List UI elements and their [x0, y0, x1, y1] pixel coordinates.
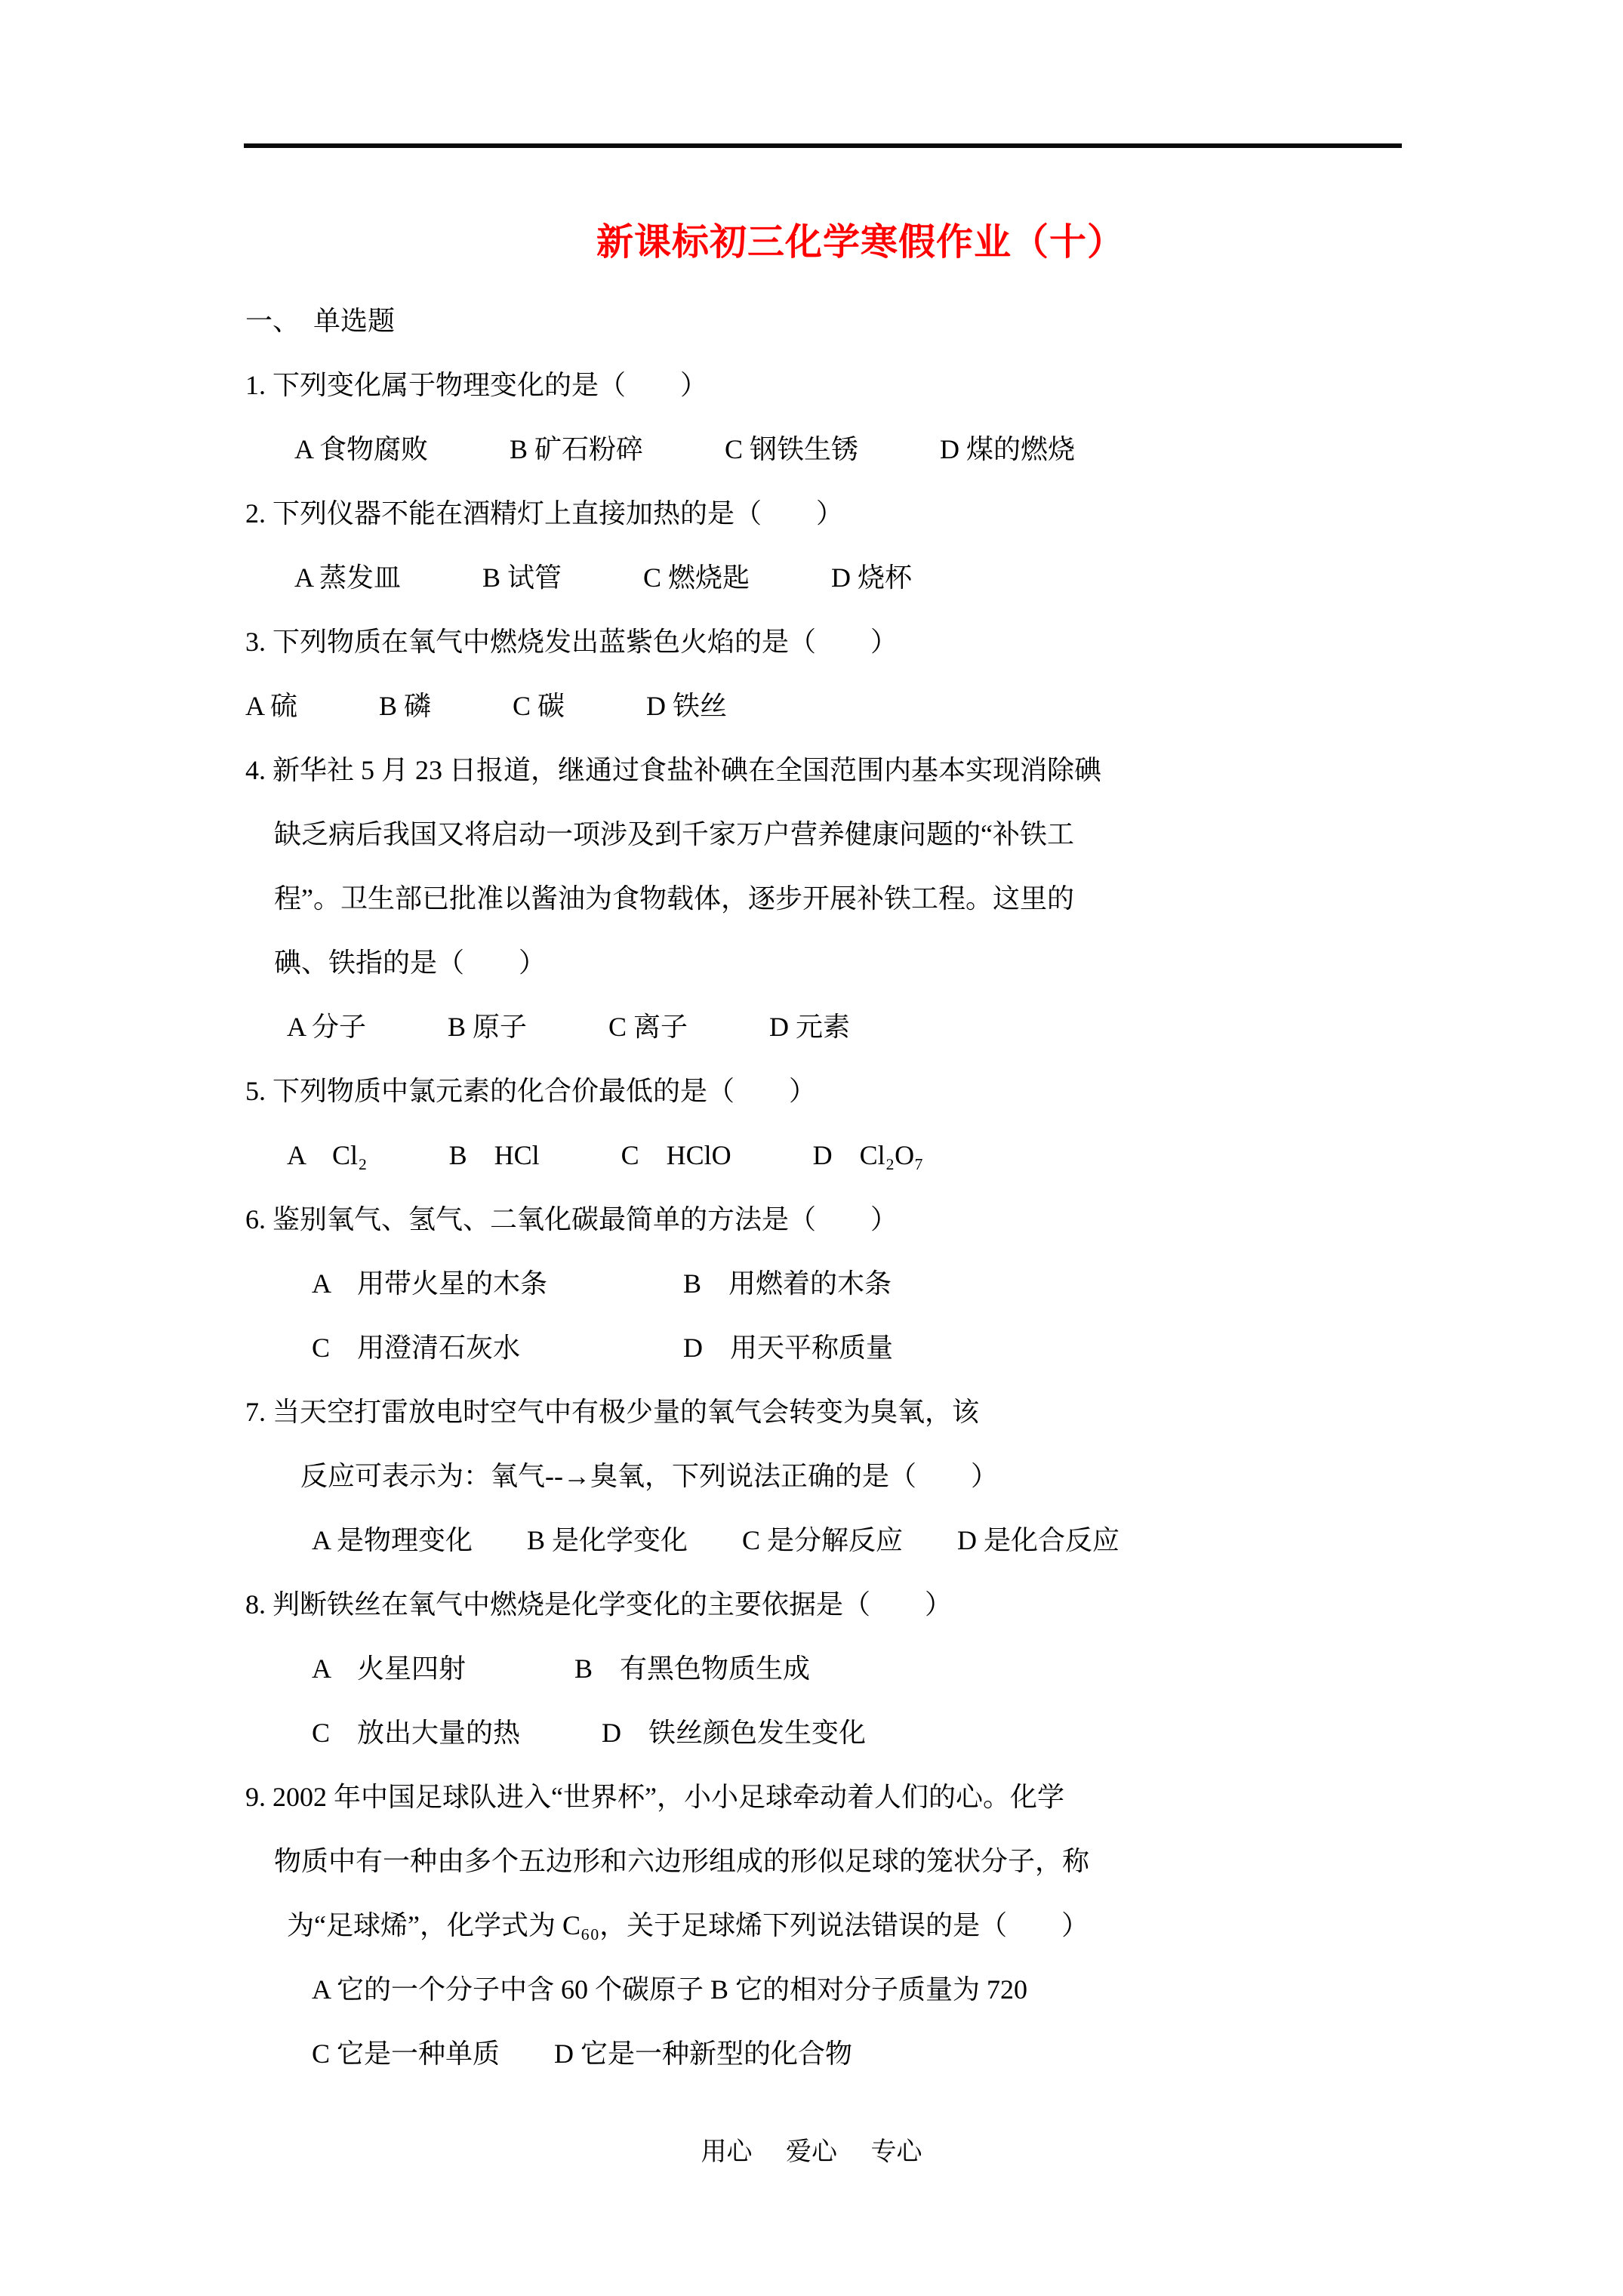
question-6-options-row-1: A 用带火星的木条 B 用燃着的木条 — [245, 1252, 1423, 1316]
question-8-stem: 8. 判断铁丝在氧气中燃烧是化学变化的主要依据是（ ） — [245, 1573, 1423, 1637]
document-page: { "title": { "text": "新课标初三化学寒假作业（十）", "… — [0, 0, 1623, 2296]
question-9-stem-line-1: 9. 2002 年中国足球队进入“世界杯”，小小足球牵动着人们的心。化学 — [245, 1765, 1423, 1829]
section-heading: 一、 单选题 — [245, 289, 1423, 353]
question-2-options: A 蒸发皿 B 试管 C 燃烧匙 D 烧杯 — [245, 546, 1423, 610]
question-7-stem-line-1: 7. 当天空打雷放电时空气中有极少量的氧气会转变为臭氧，该 — [245, 1380, 1423, 1444]
question-4-stem-line-2: 缺乏病后我国又将启动一项涉及到千家万户营养健康问题的“补铁工 — [245, 803, 1423, 867]
footer-word-1: 用心 — [701, 2138, 753, 2166]
question-3-stem: 3. 下列物质在氧气中燃烧发出蓝紫色火焰的是（ ） — [245, 610, 1423, 674]
question-5-stem: 5. 下列物质中氯元素的化合价最低的是（ ） — [245, 1059, 1423, 1123]
question-2-stem: 2. 下列仪器不能在酒精灯上直接加热的是（ ） — [245, 482, 1423, 546]
question-7-stem-line-2: 反应可表示为：氧气--→臭氧，下列说法正确的是（ ） — [245, 1444, 1423, 1509]
footer-word-2: 爱心 — [786, 2138, 837, 2166]
document-body: 一、 单选题 1. 下列变化属于物理变化的是（ ） A 食物腐败 B 矿石粉碎 … — [245, 289, 1423, 2086]
question-9-options-row-1: A 它的一个分子中含 60 个碳原子 B 它的相对分子质量为 720 — [245, 1958, 1423, 2022]
question-8-options-row-2: C 放出大量的热 D 铁丝颜色发生变化 — [245, 1701, 1423, 1765]
question-4-stem-line-3: 程”。卫生部已批准以酱油为食物载体，逐步开展补铁工程。这里的 — [245, 867, 1423, 931]
question-4-stem-line-1: 4. 新华社 5 月 23 日报道，继通过食盐补碘在全国范围内基本实现消除碘 — [245, 738, 1423, 803]
page-title: 新课标初三化学寒假作业（十） — [98, 213, 1623, 266]
question-9-stem-line-2: 物质中有一种由多个五边形和六边形组成的形似足球的笼状分子，称 — [245, 1829, 1423, 1894]
question-3-options: A 硫 B 磷 C 碳 D 铁丝 — [245, 674, 1423, 738]
question-6-options-row-2: C 用澄清石灰水 D 用天平称质量 — [245, 1316, 1423, 1380]
footer-word-3: 专心 — [871, 2138, 922, 2166]
question-4-options: A 分子 B 原子 C 离子 D 元素 — [245, 995, 1423, 1059]
header-rule — [244, 143, 1402, 148]
question-4-stem-line-4: 碘、铁指的是（ ） — [245, 931, 1423, 995]
question-8-options-row-1: A 火星四射 B 有黑色物质生成 — [245, 1637, 1423, 1701]
question-5-options: A Cl₂ B HCl C HClO D Cl₂O₇ — [245, 1123, 1423, 1188]
question-1-options: A 食物腐败 B 矿石粉碎 C 钢铁生锈 D 煤的燃烧 — [245, 418, 1423, 482]
page-footer: 用心 爱心 专心 — [0, 2125, 1623, 2180]
question-1-stem: 1. 下列变化属于物理变化的是（ ） — [245, 353, 1423, 418]
question-9-stem-line-3: 为“足球烯”，化学式为 C₆₀，关于足球烯下列说法错误的是（ ） — [245, 1894, 1423, 1958]
question-7-options: A 是物理变化 B 是化学变化 C 是分解反应 D 是化合反应 — [245, 1509, 1423, 1573]
question-6-stem: 6. 鉴别氧气、氢气、二氧化碳最简单的方法是（ ） — [245, 1188, 1423, 1252]
question-9-options-row-2: C 它是一种单质 D 它是一种新型的化合物 — [245, 2022, 1423, 2086]
